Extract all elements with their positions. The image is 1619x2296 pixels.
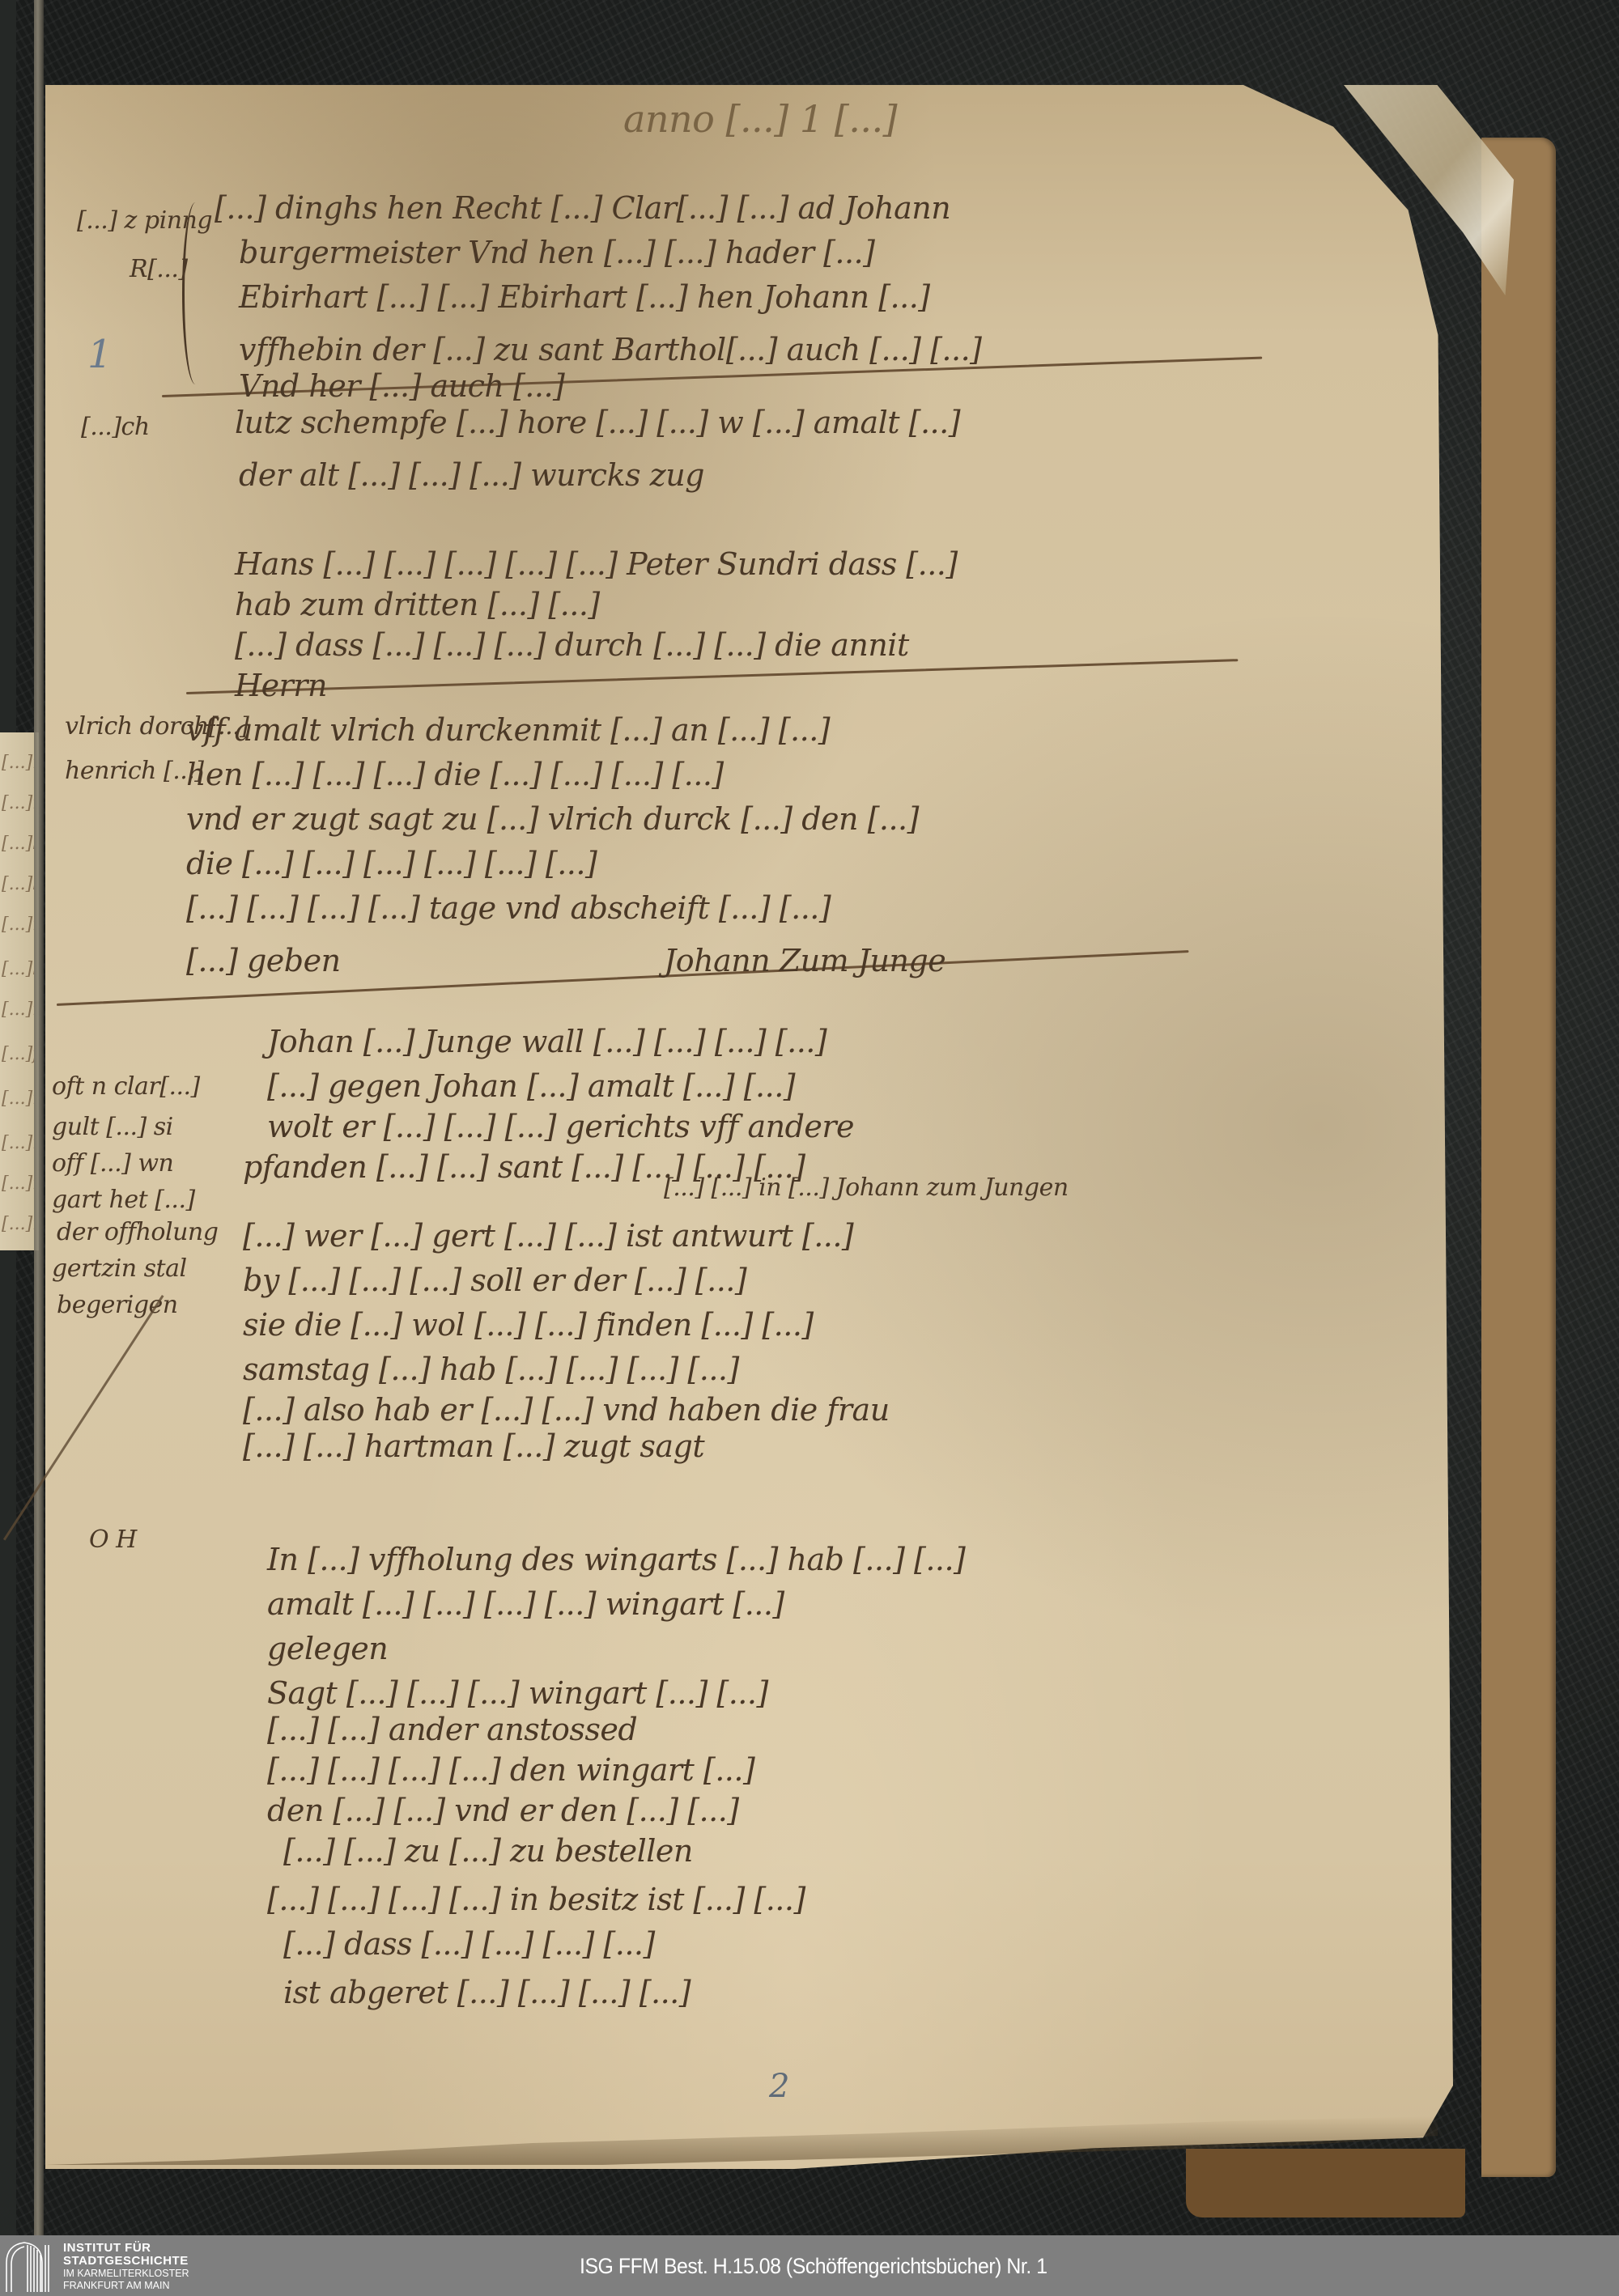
institution-line: STADTGESCHICHTE (63, 2255, 189, 2268)
adjacent-page-text: [...]ng (2, 793, 34, 814)
manuscript-line: gelegen (267, 1631, 388, 1666)
manuscript-line: [...] [...] hartman [...] zugt sagt (243, 1428, 704, 1464)
margin-note: O H (89, 1526, 137, 1554)
manuscript-line: Sagt [...] [...] [...] wingart [...] [..… (267, 1675, 768, 1711)
manuscript-line: [...] [...] ander anstossed (267, 1712, 637, 1747)
book-cover-tab (1186, 2149, 1465, 2217)
manuscript-line: [...] [...] zu [...] zu bestellen (283, 1833, 693, 1869)
adjacent-page-strip: [...]ng [...]ng [...]ly [...]ll [...]r b… (0, 732, 39, 1250)
page-header-line: anno [...] 1 [...] (623, 97, 897, 141)
margin-note: off [...] wn (52, 1149, 173, 1178)
manuscript-line: vff amalt vlrich durckenmit [...] an [..… (186, 712, 830, 748)
manuscript-line: [...] [...] [...] [...] in besitz ist [.… (267, 1882, 805, 1917)
margin-note: oft n clar[...] (52, 1072, 200, 1101)
adjacent-page-text: [...]ng (2, 753, 34, 774)
folio-number: 2 (769, 2068, 789, 2105)
institution-line: IM KARMELITERKLOSTER (63, 2268, 189, 2280)
manuscript-line: Johan [...] Junge wall [...] [...] [...]… (267, 1024, 826, 1059)
margin-note: gart het [...] (52, 1186, 195, 1214)
manuscript-line: Vnd her [...] auch [...] (239, 368, 564, 404)
manuscript-line: Hans [...] [...] [...] [...] [...] Peter… (235, 546, 958, 582)
manuscript-line: [...] wer [...] gert [...] [...] ist ant… (243, 1218, 853, 1254)
manuscript-line: der alt [...] [...] [...] wurcks zug (239, 457, 704, 493)
adjacent-page-text: [...]l (2, 959, 34, 980)
margin-note: henrich [...] (65, 757, 204, 785)
margin-note: R[...] (130, 255, 188, 283)
manuscript-line: vnd er zugt sagt zu [...] vlrich durck [… (186, 801, 919, 837)
glass-rod (34, 0, 44, 2235)
manuscript-line: amalt [...] [...] [...] [...] wingart [.… (267, 1586, 784, 1622)
manuscript-line: hab zum dritten [...] [...] (235, 587, 600, 622)
adjacent-page-text: [...]m (2, 999, 34, 1021)
margin-note: der offholung (57, 1218, 218, 1246)
margin-note: [...] z pinng (77, 206, 212, 235)
manuscript-line: samstag [...] hab [...] [...] [...] [...… (243, 1352, 739, 1387)
adjacent-page-text: [...]ff (2, 1044, 34, 1065)
manuscript-line: by [...] [...] [...] soll er der [...] [… (243, 1263, 746, 1298)
manuscript-line: Herrn (235, 668, 327, 703)
manuscript-line: ist abgeret [...] [...] [...] [...] (283, 1975, 691, 2010)
margin-note: gult [...] si (52, 1113, 173, 1141)
manuscript-line: die [...] [...] [...] [...] [...] [...] (186, 846, 597, 881)
book-cover-edge (1481, 138, 1556, 2177)
manuscript-line: [...] gegen Johan [...] amalt [...] [...… (267, 1068, 795, 1104)
adjacent-page-text: [...]ly (2, 834, 34, 855)
gothic-arch-logo-icon (5, 2242, 50, 2292)
manuscript-line: [...] dinghs hen Recht [...] Clar[...] [… (215, 190, 950, 226)
institution-line: FRANKFURT AM MAIN (63, 2281, 189, 2292)
adjacent-page-text: [...]m (2, 1173, 34, 1195)
adjacent-page-text: [...]ll (2, 874, 34, 895)
margin-note: begerigen (57, 1291, 178, 1319)
manuscript-line: wolt er [...] [...] [...] gerichts vff a… (267, 1109, 854, 1144)
manuscript-line: vffhebin der [...] zu sant Barthol[...] … (239, 332, 981, 367)
manuscript-line: [...] geben (186, 943, 341, 978)
manuscript-line: burgermeister Vnd hen [...] [...] hader … (239, 235, 874, 270)
margin-note: gertzin stal (52, 1254, 187, 1283)
manuscript-line: lutz schempfe [...] hore [...] [...] w [… (235, 405, 960, 440)
margin-note: [...]ch (81, 413, 150, 441)
manuscript-line: [...] also hab er [...] [...] vnd haben … (243, 1392, 890, 1428)
archive-reference-caption: ISG FFM Best. H.15.08 (Schöffengerichtsb… (580, 2254, 1047, 2279)
adjacent-page-text: [...]ml (2, 1133, 34, 1154)
manuscript-line: [...] dass [...] [...] [...] durch [...]… (235, 627, 909, 663)
entry-heading: Johann Zum Junge (664, 943, 945, 978)
adjacent-page-text: [...]ms (2, 1214, 34, 1235)
manuscript-line: [...] dass [...] [...] [...] [...] (283, 1926, 655, 1962)
manuscript-line: sie die [...] wol [...] [...] finden [..… (243, 1307, 814, 1343)
manuscript-line: In [...] vffholung des wingarts [...] ha… (267, 1542, 965, 1577)
manuscript-line: Ebirhart [...] [...] Ebirhart [...] hen … (239, 279, 930, 315)
manuscript-line: [...] [...] [...] [...] tage vnd abschei… (186, 890, 831, 926)
archive-footer: INSTITUT FÜR STADTGESCHICHTE IM KARMELIT… (0, 2235, 1619, 2296)
manuscript-line: hen [...] [...] [...] die [...] [...] [.… (186, 757, 724, 792)
interlinear-note: [...] [...] in [...] Johann zum Jungen (664, 1173, 1069, 1202)
manuscript-line: den [...] [...] vnd er den [...] [...] (267, 1793, 739, 1828)
adjacent-page-text: [...]r b (2, 915, 34, 936)
institution-name: INSTITUT FÜR STADTGESCHICHTE IM KARMELIT… (63, 2242, 189, 2292)
pencil-numeral: 1 (87, 332, 113, 377)
adjacent-page-text: [...]m (2, 1089, 34, 1110)
institution-line: INSTITUT FÜR (63, 2242, 189, 2255)
manuscript-line: [...] [...] [...] [...] den wingart [...… (267, 1752, 754, 1788)
